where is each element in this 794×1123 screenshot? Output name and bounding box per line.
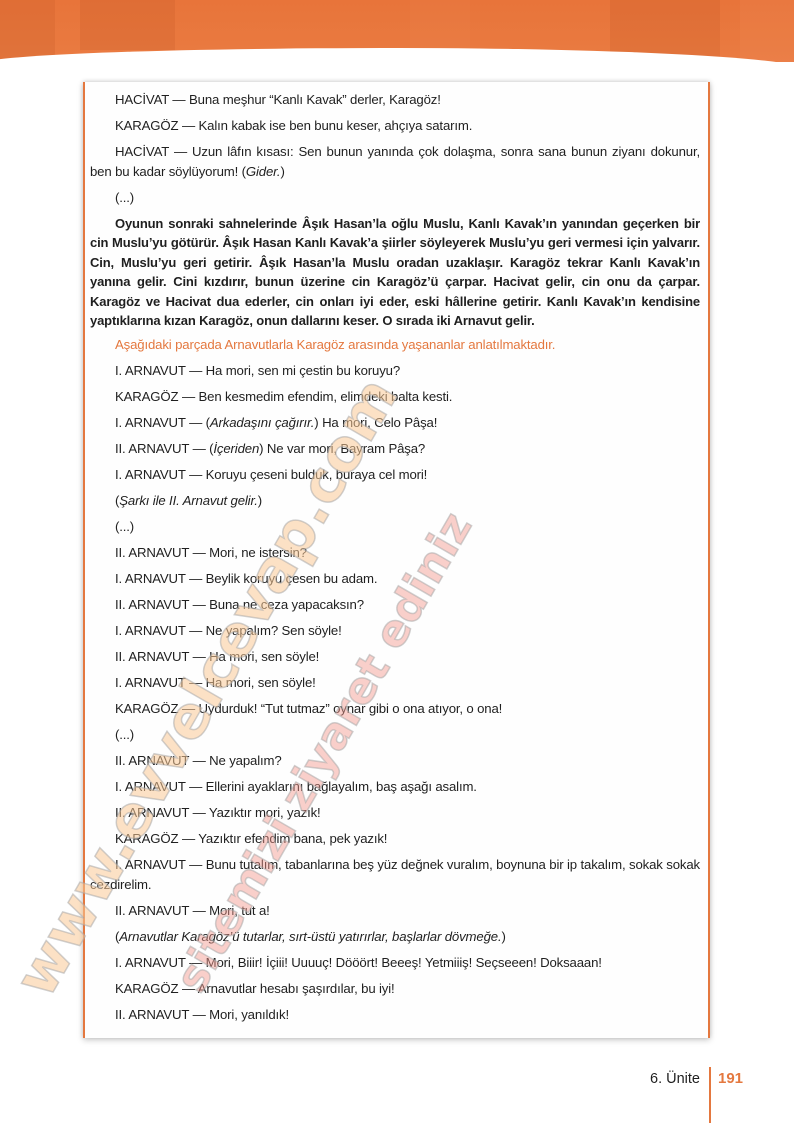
dialogue-line: KARAGÖZ — Ben kesmedim efendim, elimdeki… bbox=[90, 387, 700, 407]
stage-direction: İçeriden bbox=[213, 441, 259, 456]
dialogue-line: I. ARNAVUT — Ne yapalım? Sen söyle! bbox=[90, 621, 700, 641]
dialogue-line: II. ARNAVUT — Mori, tut a! bbox=[90, 901, 700, 921]
speaker-name: II. ARNAVUT bbox=[115, 441, 189, 456]
line-text: Mori, Biiir! İçiii! Uuuuç! Dööört! Beeeş… bbox=[206, 955, 602, 970]
footer-divider bbox=[709, 1067, 711, 1123]
speaker-name: KARAGÖZ bbox=[115, 831, 178, 846]
stage-direction: Gider. bbox=[246, 164, 281, 179]
summary-paragraph: Oyunun sonraki sahnelerinde Âşık Hasan’l… bbox=[90, 214, 700, 330]
dialogue-line: II. ARNAVUT — Ha mori, sen söyle! bbox=[90, 647, 700, 667]
dialogue-line: II. ARNAVUT — Buna ne ceza yapacaksın? bbox=[90, 595, 700, 615]
speaker-name: II. ARNAVUT bbox=[115, 1007, 189, 1022]
line-text: Ne var mori, Bayram Pâşa? bbox=[267, 441, 425, 456]
speaker-name: KARAGÖZ bbox=[115, 118, 178, 133]
speaker-name: II. ARNAVUT bbox=[115, 903, 189, 918]
speaker-name: I. ARNAVUT bbox=[115, 467, 186, 482]
line-text: Mori, yanıldık! bbox=[209, 1007, 289, 1022]
line-text: Ha mori, sen söyle! bbox=[206, 675, 316, 690]
speaker-name: II. ARNAVUT bbox=[115, 649, 189, 664]
stage-direction: Arnavutlar Karagöz’ü tutarlar, sırt-üstü… bbox=[119, 929, 501, 944]
speaker-name: II. ARNAVUT bbox=[115, 545, 189, 560]
speaker-name: KARAGÖZ bbox=[115, 389, 178, 404]
speaker-name: HACİVAT bbox=[115, 144, 169, 159]
speaker-name: I. ARNAVUT bbox=[115, 571, 186, 586]
speaker-name: HACİVAT bbox=[115, 92, 169, 107]
dialogue-line: (...) bbox=[90, 188, 700, 208]
dialogue-line: I. ARNAVUT — Koruyu çeseni bulduk, buray… bbox=[90, 465, 700, 485]
line-text: Ne yapalım? bbox=[209, 753, 281, 768]
banner-texture bbox=[740, 0, 794, 62]
speaker-name: I. ARNAVUT bbox=[115, 623, 186, 638]
line-text: Beylik koruyu çesen bu adam. bbox=[206, 571, 378, 586]
passage-content: HACİVAT — Buna meşhur “Kanlı Kavak” derl… bbox=[90, 90, 700, 1031]
dialogue-line: KARAGÖZ — Kalın kabak ise ben bunu keser… bbox=[90, 116, 700, 136]
speaker-name: I. ARNAVUT bbox=[115, 779, 186, 794]
intro-instruction: Aşağıdaki parçada Arnavutlarla Karagöz a… bbox=[90, 335, 700, 355]
line-text: Mori, ne istersin? bbox=[209, 545, 307, 560]
line-text: Arnavutlar hesabı şaşırdılar, bu iyi! bbox=[198, 981, 395, 996]
dialogue-line: II. ARNAVUT — Mori, yanıldık! bbox=[90, 1005, 700, 1025]
speaker-name: I. ARNAVUT bbox=[115, 363, 186, 378]
banner-texture bbox=[80, 0, 175, 50]
unit-label: 6. Ünite bbox=[650, 1071, 700, 1087]
line-text: Mori, tut a! bbox=[209, 903, 270, 918]
dialogue-line: (Arnavutlar Karagöz’ü tutarlar, sırt-üst… bbox=[90, 927, 700, 947]
line-text: Ne yapalım? Sen söyle! bbox=[206, 623, 342, 638]
stage-direction: Şarkı ile II. Arnavut gelir. bbox=[119, 493, 257, 508]
dialogue-line: (...) bbox=[90, 725, 700, 745]
line-text: Buna ne ceza yapacaksın? bbox=[209, 597, 364, 612]
dialogue-line: I. ARNAVUT — Ha mori, sen söyle! bbox=[90, 673, 700, 693]
line-text: Ha mori, sen söyle! bbox=[209, 649, 319, 664]
speaker-name: II. ARNAVUT bbox=[115, 597, 189, 612]
line-text: Ben kesmedim efendim, elimdeki balta kes… bbox=[199, 389, 453, 404]
dialogue-line: II. ARNAVUT — Mori, ne istersin? bbox=[90, 543, 700, 563]
dialogue-line: I. ARNAVUT — Bunu tutalım, tabanlarına b… bbox=[90, 855, 700, 895]
line-text: Yazıktır efendim bana, pek yazık! bbox=[198, 831, 387, 846]
dialogue-line: I. ARNAVUT — Mori, Biiir! İçiii! Uuuuç! … bbox=[90, 953, 700, 973]
stage-direction: Arkadaşını çağırır. bbox=[210, 415, 314, 430]
line-text: Ellerini ayaklarını bağlayalım, baş aşağ… bbox=[206, 779, 477, 794]
line-text: Koruyu çeseni bulduk, buraya cel mori! bbox=[206, 467, 428, 482]
ellipsis: (...) bbox=[115, 727, 134, 742]
line-text: Uydurduk! “Tut tutmaz” oynar gibi o ona … bbox=[199, 701, 503, 716]
dialogue-line: KARAGÖZ — Arnavutlar hesabı şaşırdılar, … bbox=[90, 979, 700, 999]
dialogue-line: II. ARNAVUT — (İçeriden) Ne var mori, Ba… bbox=[90, 439, 700, 459]
line-text: Kalın kabak ise ben bunu keser, ahçıya s… bbox=[199, 118, 473, 133]
dialogue-line: HACİVAT — Uzun lâfın kısası: Sen bunun y… bbox=[90, 142, 700, 182]
ellipsis: (...) bbox=[115, 519, 134, 534]
dialogue-line: (...) bbox=[90, 517, 700, 537]
line-text: Buna meşhur “Kanlı Kavak” derler, Karagö… bbox=[189, 92, 441, 107]
line-text: Uzun lâfın kısası: Sen bunun yanında çok… bbox=[90, 144, 700, 179]
speaker-name: I. ARNAVUT bbox=[115, 675, 186, 690]
ellipsis: (...) bbox=[115, 190, 134, 205]
dialogue-line: I. ARNAVUT — Beylik koruyu çesen bu adam… bbox=[90, 569, 700, 589]
line-text: Ha mori, sen mi çestin bu koruyu? bbox=[206, 363, 400, 378]
page-number: 191 bbox=[718, 1070, 743, 1087]
speaker-name: I. ARNAVUT bbox=[115, 955, 186, 970]
dialogue-line: (Şarkı ile II. Arnavut gelir.) bbox=[90, 491, 700, 511]
speaker-name: KARAGÖZ bbox=[115, 981, 178, 996]
speaker-name: I. ARNAVUT bbox=[115, 415, 186, 430]
dialogue-line: II. ARNAVUT — Ne yapalım? bbox=[90, 751, 700, 771]
dialogue-line: HACİVAT — Buna meşhur “Kanlı Kavak” derl… bbox=[90, 90, 700, 110]
dialogue-line: I. ARNAVUT — (Arkadaşını çağırır.) Ha mo… bbox=[90, 413, 700, 433]
line-text: Yazıktır mori, yazık! bbox=[209, 805, 321, 820]
dialogue-line: KARAGÖZ — Uydurduk! “Tut tutmaz” oynar g… bbox=[90, 699, 700, 719]
speaker-name: I. ARNAVUT bbox=[115, 857, 186, 872]
dialogue-part-2: I. ARNAVUT — Ha mori, sen mi çestin bu k… bbox=[90, 361, 700, 1025]
dialogue-line: I. ARNAVUT — Ellerini ayaklarını bağlaya… bbox=[90, 777, 700, 797]
speaker-name: II. ARNAVUT bbox=[115, 805, 189, 820]
dialogue-part-1: HACİVAT — Buna meşhur “Kanlı Kavak” derl… bbox=[90, 90, 700, 208]
speaker-name: II. ARNAVUT bbox=[115, 753, 189, 768]
banner-texture bbox=[0, 0, 55, 62]
dialogue-line: KARAGÖZ — Yazıktır efendim bana, pek yaz… bbox=[90, 829, 700, 849]
line-text: Ha mori, Celo Pâşa! bbox=[322, 415, 437, 430]
dialogue-line: II. ARNAVUT — Yazıktır mori, yazık! bbox=[90, 803, 700, 823]
speaker-name: KARAGÖZ bbox=[115, 701, 178, 716]
dialogue-line: I. ARNAVUT — Ha mori, sen mi çestin bu k… bbox=[90, 361, 700, 381]
